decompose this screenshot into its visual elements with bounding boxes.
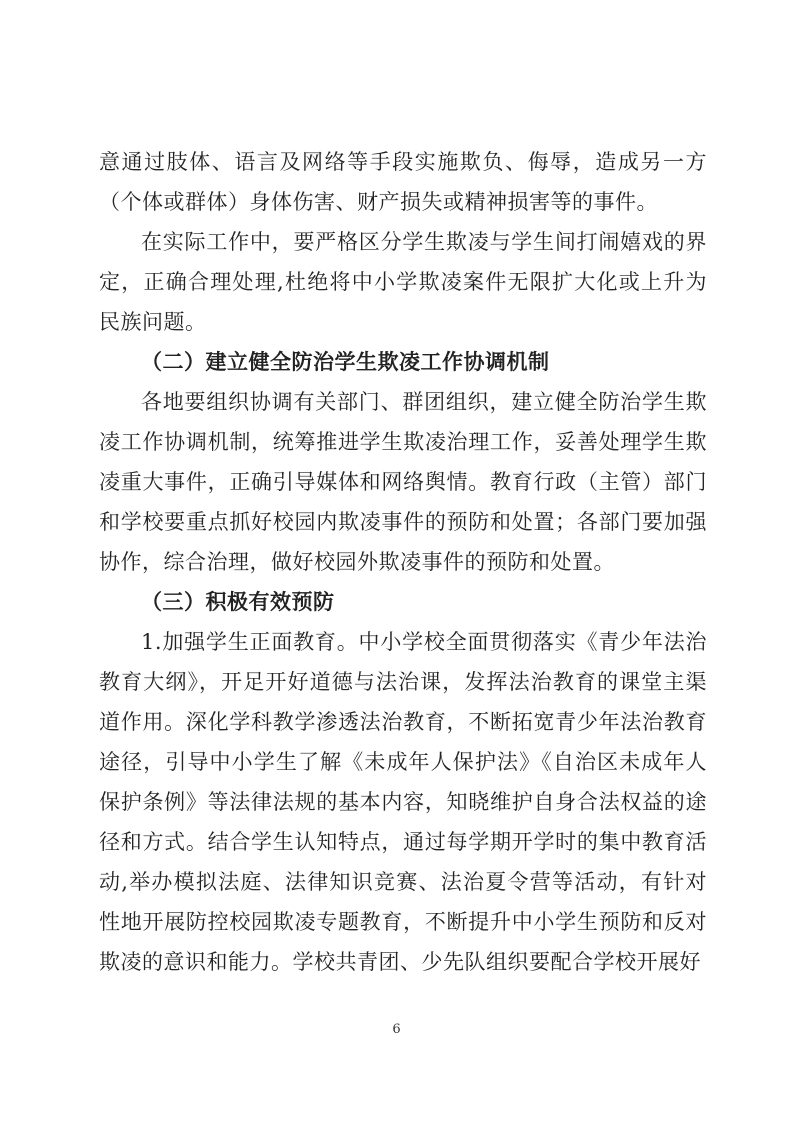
document-page: 意通过肢体、语言及网络等手段实施欺负、侮辱，造成另一方（个体或群体）身体伤害、财… [0, 0, 793, 1122]
paragraph: 1.加强学生正面教育。中小学校全面贯彻落实《青少年法治教育大纲》，开足开好道德与… [99, 622, 707, 982]
paragraph-continuation: 意通过肢体、语言及网络等手段实施欺负、侮辱，造成另一方（个体或群体）身体伤害、财… [99, 142, 707, 222]
section-heading-3: （三）积极有效预防 [99, 582, 707, 622]
page-number: 6 [0, 1021, 793, 1039]
paragraph: 各地要组织协调有关部门、群团组织，建立健全防治学生欺凌工作协调机制，统筹推进学生… [99, 382, 707, 582]
paragraph: 在实际工作中，要严格区分学生欺凌与学生间打闹嬉戏的界定，正确合理处理,杜绝将中小… [99, 222, 707, 342]
page-content: 意通过肢体、语言及网络等手段实施欺负、侮辱，造成另一方（个体或群体）身体伤害、财… [99, 142, 707, 982]
section-heading-2: （二）建立健全防治学生欺凌工作协调机制 [99, 342, 707, 382]
